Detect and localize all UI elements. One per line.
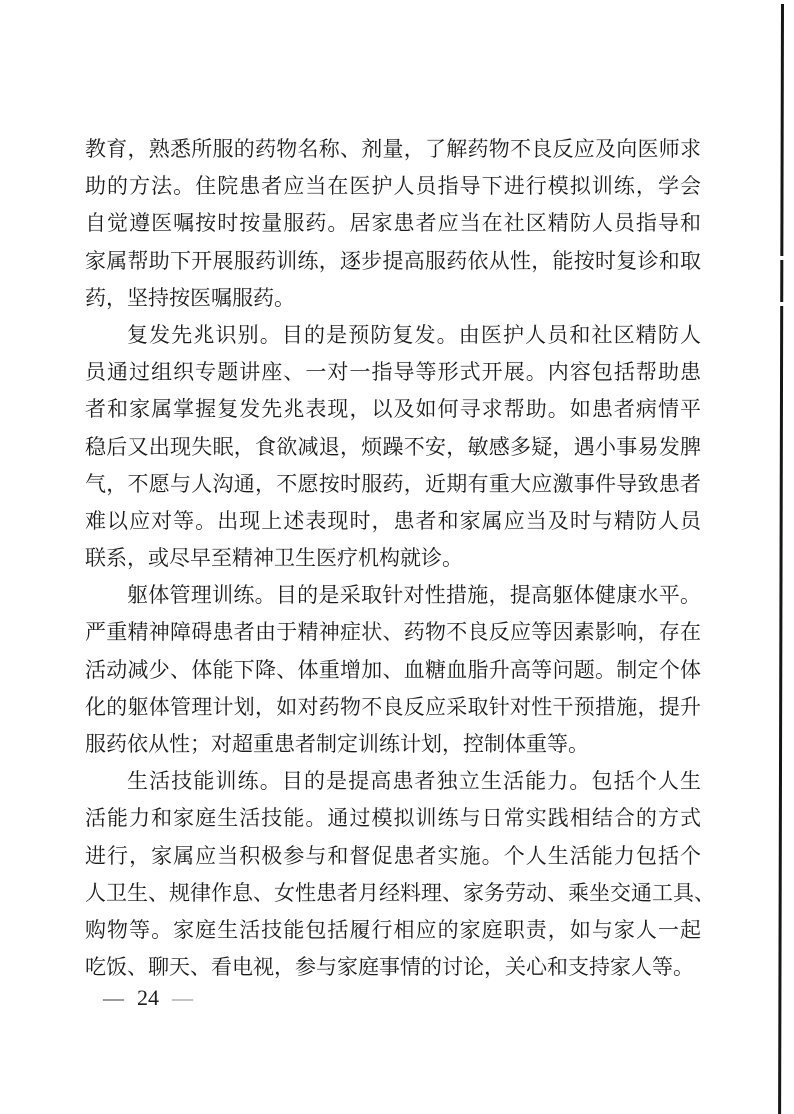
page-footer: — 24 —	[103, 983, 193, 1013]
text-line: 家属帮助下开展服药训练，逐步提高服药依从性，能按时复诊和取	[85, 243, 701, 280]
text-line: 化的躯体管理计划，如对药物不良反应采取针对性干预措施，提升	[85, 689, 701, 726]
text-line: 严重精神障碍患者由于精神症状、药物不良反应等因素影响，存在	[85, 614, 701, 651]
text-line: 稳后又出现失眠，食欲减退，烦躁不安，敏感多疑，遇小事易发脾	[85, 429, 701, 466]
paragraph-relapse-warning-signs: 复发先兆识别。目的是预防复发。由医护人员和社区精防人 员通过组织专题讲座、一对一…	[85, 317, 701, 577]
text-line: 气，不愿与人沟通，不愿按时服药，近期有重大应激事件导致患者	[85, 466, 701, 503]
scan-line-gap	[779, 302, 784, 306]
text-line: 自觉遵医嘱按时按量服药。居家患者应当在社区精防人员指导和	[85, 205, 701, 242]
body-text: 教育，熟悉所服的药物名称、剂量，了解药物不良反应及向医师求 助的方法。住院患者应…	[85, 131, 701, 986]
text-line: 人卫生、规律作息、女性患者月经料理、家务劳动、乘坐交通工具、	[85, 875, 701, 912]
text-line: 复发先兆识别。目的是预防复发。由医护人员和社区精防人	[85, 317, 701, 354]
paragraph-medication-training: 教育，熟悉所服的药物名称、剂量，了解药物不良反应及向医师求 助的方法。住院患者应…	[85, 131, 701, 317]
text-line: 教育，熟悉所服的药物名称、剂量，了解药物不良反应及向医师求	[85, 131, 701, 168]
scan-line-gap	[779, 256, 784, 260]
text-line: 难以应对等。出现上述表现时，患者和家属应当及时与精防人员	[85, 503, 701, 540]
page-number: 24	[137, 985, 159, 1011]
footer-dash-left: —	[103, 986, 124, 1011]
footer-dash-right: —	[172, 986, 193, 1011]
paragraph-physical-management-training: 躯体管理训练。目的是采取针对性措施，提高躯体健康水平。 严重精神障碍患者由于精神…	[85, 577, 701, 763]
text-line: 员通过组织专题讲座、一对一指导等形式开展。内容包括帮助患	[85, 354, 701, 391]
text-line: 活动减少、体能下降、体重增加、血糖血脂升高等问题。制定个体	[85, 652, 701, 689]
text-line: 吃饭、聊天、看电视，参与家庭事情的讨论，关心和支持家人等。	[85, 949, 701, 986]
text-line: 躯体管理训练。目的是采取针对性措施，提高躯体健康水平。	[85, 577, 701, 614]
text-line: 生活技能训练。目的是提高患者独立生活能力。包括个人生	[85, 763, 701, 800]
text-line: 进行，家属应当积极参与和督促患者实施。个人生活能力包括个	[85, 838, 701, 875]
text-line: 活能力和家庭生活技能。通过模拟训练与日常实践相结合的方式	[85, 800, 701, 837]
text-line: 药，坚持按医嘱服药。	[85, 280, 701, 317]
text-line: 服药依从性；对超重患者制定训练计划，控制体重等。	[85, 726, 701, 763]
text-line: 助的方法。住院患者应当在医护人员指导下进行模拟训练，学会	[85, 168, 701, 205]
text-line: 联系，或尽早至精神卫生医疗机构就诊。	[85, 540, 701, 577]
text-line: 购物等。家庭生活技能包括履行相应的家庭职责，如与家人一起	[85, 912, 701, 949]
text-line: 者和家属掌握复发先兆表现，以及如何寻求帮助。如患者病情平	[85, 391, 701, 428]
scanned-document-page: 教育，熟悉所服的药物名称、剂量，了解药物不良反应及向医师求 助的方法。住院患者应…	[0, 0, 794, 1114]
paragraph-life-skills-training: 生活技能训练。目的是提高患者独立生活能力。包括个人生 活能力和家庭生活技能。通过…	[85, 763, 701, 986]
page-edge-scan-line	[778, 4, 783, 1114]
